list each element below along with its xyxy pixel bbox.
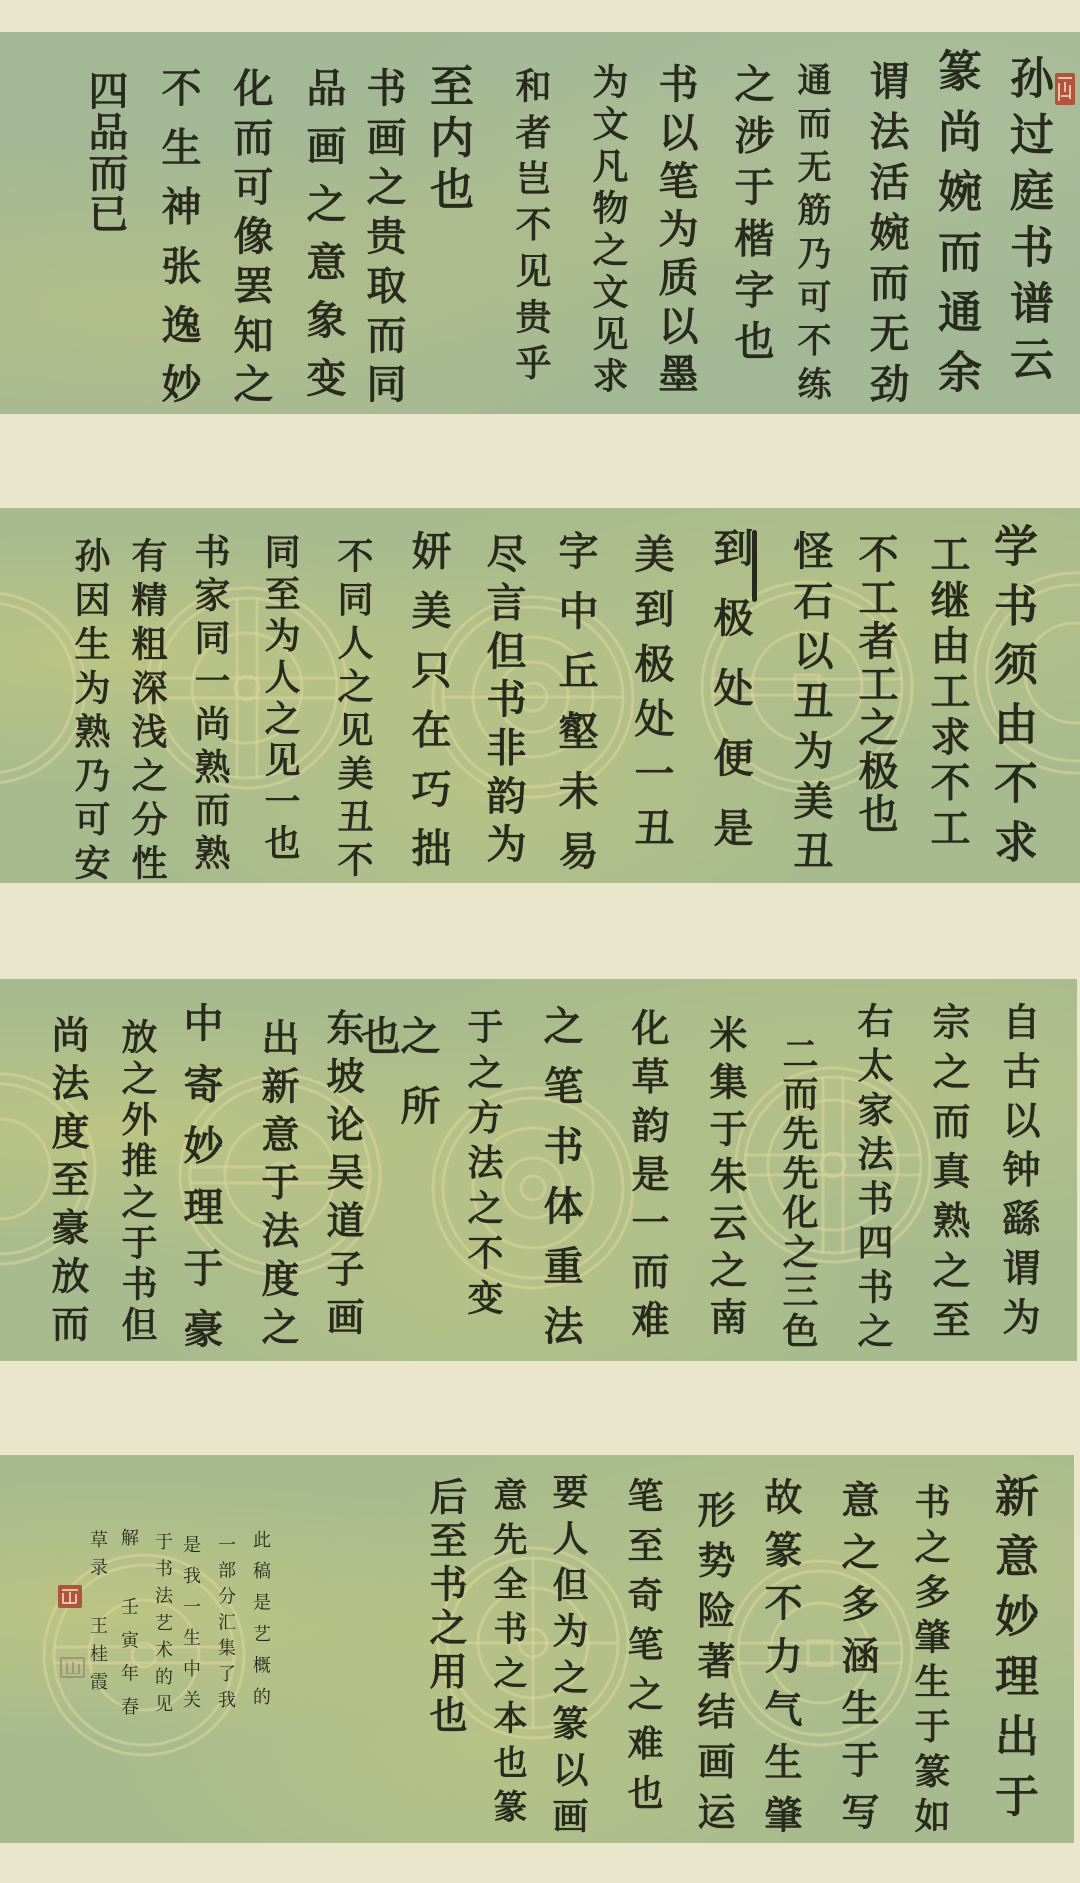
calligraphy-column: 意之多涵生于写 — [838, 1480, 876, 1830]
calligraphy-column: 篆尚婉而通余 — [933, 48, 977, 393]
calligraphy-column: 于之方法之不变 — [465, 1008, 501, 1315]
calligraphy-panel-2: 学书须由不求 工继由工求不工 不工者工之极也 怪石以丑为美丑 到极处便是 美到极… — [0, 508, 1080, 883]
calligraphy-column: 妍美只在巧拙 — [408, 530, 448, 867]
calligraphy-column: 宗之而真熟之至 — [929, 1002, 967, 1338]
calligraphy-column: 通而无筋乃可不练 — [794, 62, 828, 400]
calligraphy-column: 品画之意象变 — [303, 67, 343, 397]
calligraphy-column: 右太家法书四书之 — [855, 1002, 891, 1348]
calligraphy-column: 后至书之用也 — [426, 1477, 464, 1733]
inscription-column: 此稿是艺概的 — [251, 1530, 269, 1705]
calligraphy-column: 中寄妙理于豪 — [180, 1002, 220, 1348]
calligraphy-column: 有精粗深浅之分性 — [129, 537, 165, 880]
calligraphy-column: 书之多肇生于篆如 — [912, 1483, 948, 1833]
calligraphy-column: 东坡论吴道子画 — [323, 1008, 361, 1335]
calligraphy-column: 字中丘壑未易 — [555, 530, 595, 870]
calligraphy-column: 二而先先化之三色 — [780, 1035, 816, 1348]
calligraphy-column: 尚法度至豪放而 — [48, 1015, 86, 1342]
calligraphy-column: 同至为人之见一也 — [262, 533, 298, 860]
calligraphy-column: 到极处便是 — [710, 527, 750, 847]
inscription-column: 是我一生中关 — [181, 1535, 199, 1708]
collector-seal-icon — [1055, 73, 1075, 105]
calligraphy-column: 之所也 — [397, 1015, 437, 1125]
artist-name-seal-icon — [58, 1585, 82, 1608]
inscription-column: 一部分汇集了我 — [216, 1535, 234, 1708]
calligraphy-column: 意先全书之本也篆 — [490, 1477, 524, 1823]
inscription-column: 解 壬寅年春 — [119, 1528, 137, 1715]
calligraphy-column: 化而可像罢知之 — [230, 67, 270, 403]
calligraphy-column: 形势险著结画运 — [694, 1490, 732, 1830]
calligraphy-column: 四品而已 — [85, 70, 125, 233]
calligraphy-column: 不同人之见美丑不 — [335, 537, 371, 877]
calligraphy-column: 书以笔为质以墨 — [655, 63, 695, 393]
signature-column: 草录 王桂霞 — [88, 1530, 106, 1690]
calligraphy-column: 之涉于楷字也 — [731, 63, 771, 360]
calligraphy-column: 放之外推之于书但 — [119, 1018, 155, 1342]
calligraphy-column: 谓法活婉而无劲 — [866, 60, 906, 403]
calligraphy-column: 学书须由不求 — [989, 523, 1033, 863]
brush-stroke — [752, 530, 757, 602]
calligraphy-column: 出新意于法度之 — [258, 1018, 296, 1345]
calligraphy-column: 米集于朱云之南 — [706, 1015, 744, 1335]
calligraphy-column: 不生神张逸妙 — [158, 67, 198, 403]
calligraphy-column: 孙因生为熟乃可安 — [72, 537, 108, 880]
calligraphy-column: 孙过庭书谱云 — [1005, 55, 1049, 380]
calligraphy-column: 怪石以丑为美丑 — [790, 530, 830, 870]
calligraphy-column: 尽言但书非韵为 — [483, 533, 523, 863]
calligraphy-column: 之笔书体重法 — [540, 1005, 580, 1345]
calligraphy-column: 不工者工之极也 — [855, 533, 895, 833]
calligraphy-column: 至内也 — [425, 63, 469, 210]
calligraphy-column: 化草韵是一而难 — [628, 1008, 666, 1338]
calligraphy-column: 工继由工求不工 — [927, 533, 967, 847]
calligraphy-panel-4: 新意妙理出于 书之多肇生于篆如 意之多涵生于写 故篆不力气生肇 形势险著结画运 … — [0, 1455, 1074, 1843]
calligraphy-column: 要人但为之篆以画 — [550, 1473, 586, 1833]
calligraphy-column: 自古以钟繇谓为 — [999, 1002, 1037, 1335]
calligraphy-panel-3: 自古以钟繇谓为 宗之而真熟之至 右太家法书四书之 二而先先化之三色 米集于朱云之… — [0, 979, 1077, 1361]
calligraphy-column: 为文凡物之文见求 — [590, 63, 626, 393]
calligraphy-column: 和者岂不见贵乎 — [513, 67, 549, 380]
inscription-column: 于书法艺术的见 — [153, 1532, 171, 1712]
calligraphy-column: 书画之贵取而同 — [363, 67, 403, 403]
calligraphy-column: 美到极处一丑 — [631, 533, 671, 847]
calligraphy-column: 书家同一尚熟而熟 — [192, 533, 228, 870]
artist-studio-seal-icon — [60, 1657, 85, 1678]
calligraphy-column: 故篆不力气生肇 — [761, 1477, 799, 1833]
calligraphy-panel-1: 孙过庭书谱云 篆尚婉而通余 谓法活婉而无劲 通而无筋乃可不练 之涉于楷字也 书以… — [0, 32, 1080, 414]
calligraphy-column: 笔至奇笔之难也 — [625, 1477, 661, 1810]
calligraphy-column: 新意妙理出于 — [990, 1473, 1034, 1817]
